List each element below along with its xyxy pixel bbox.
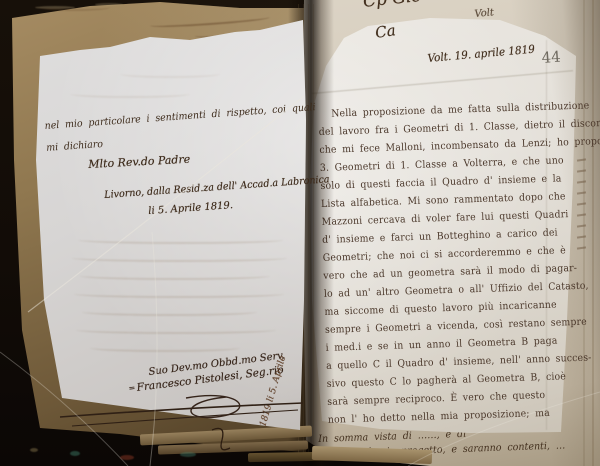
- signature-prefix: =: [128, 383, 136, 393]
- letter-body: Nella proposizione da me fatta sulla dis…: [318, 97, 600, 430]
- showthrough-line: [76, 326, 276, 334]
- heading-abbreviation: Ca: [374, 21, 397, 42]
- folio-number-pencil: 44: [541, 48, 561, 67]
- showthrough-line: [120, 70, 220, 78]
- showthrough-line: [80, 272, 270, 280]
- edge-smudge: [35, 6, 75, 9]
- showthrough-line: [74, 290, 284, 298]
- cover-speck: [180, 452, 196, 457]
- showthrough-line: [90, 344, 240, 352]
- cover-speck: [30, 448, 38, 452]
- cover-speck: [70, 451, 80, 456]
- cover-speck: [120, 455, 134, 460]
- showthrough-line: [78, 236, 283, 244]
- showthrough-line: [72, 254, 287, 262]
- showthrough-line: [70, 90, 190, 98]
- manuscript-photo: Cp Gie Volt In somma vista di ……, e diad…: [0, 0, 600, 466]
- hidden-dateline-fragment: Volt: [474, 7, 494, 20]
- edge-smudge: [95, 3, 123, 6]
- showthrough-line: [82, 308, 257, 316]
